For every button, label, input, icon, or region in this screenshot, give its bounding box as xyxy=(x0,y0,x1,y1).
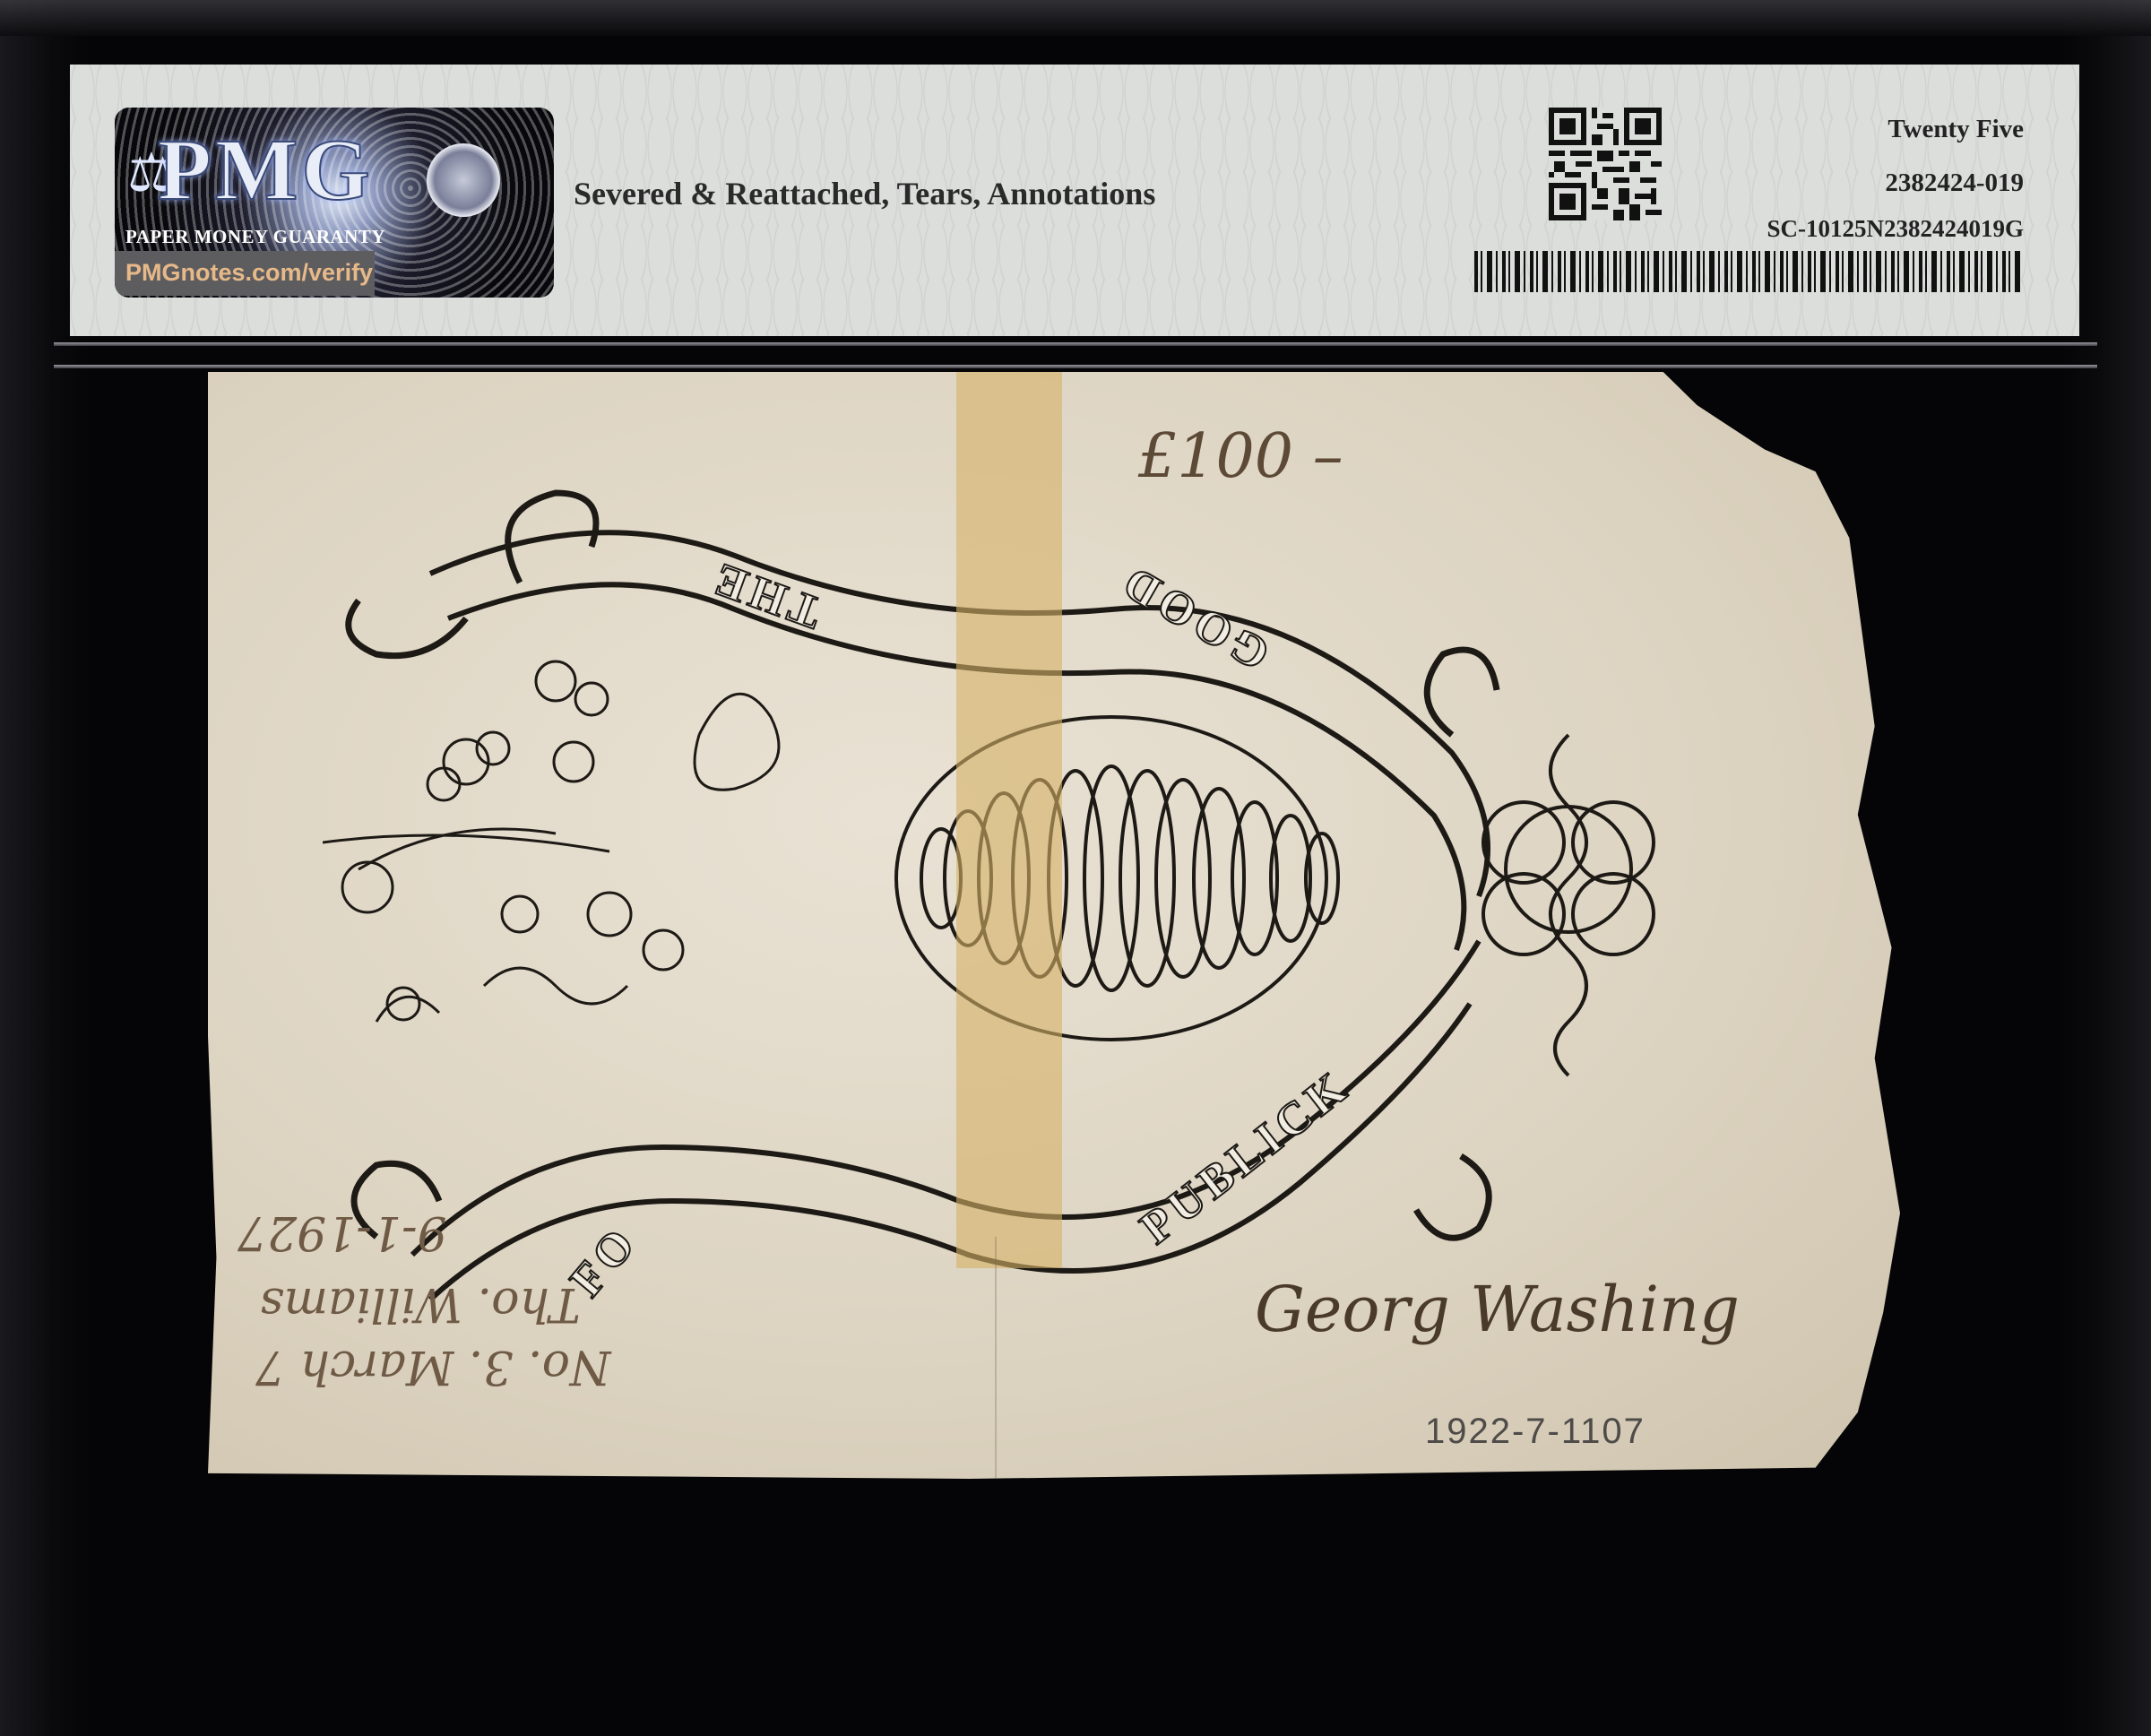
repair-tape xyxy=(956,372,1062,1268)
grade-text: Twenty Five xyxy=(1888,115,2024,144)
inverted-annotation-name: Tho. Williams xyxy=(260,1277,581,1331)
pmg-hologram: ⚖ PMG PAPER MONEY GUARANTY PMGnotes.com/… xyxy=(115,108,554,298)
label-comments: Severed & Reattached, Tears, Annotations xyxy=(574,175,1155,212)
pmg-logo: PMG xyxy=(158,120,374,220)
inverted-annotation-date: 9-1-1927 xyxy=(238,1205,447,1259)
handwritten-amount: £100 – xyxy=(1138,421,1343,492)
severed-seam xyxy=(995,1237,997,1479)
calligraphic-knot-icon xyxy=(1483,735,1654,1075)
qr-code-icon[interactable] xyxy=(1549,108,1662,220)
slab-rail-lower xyxy=(54,365,2097,368)
verify-url[interactable]: PMGnotes.com/verify xyxy=(125,259,373,287)
signature: Georg Washing xyxy=(1255,1273,1740,1346)
ribbon-word-good: GOOD xyxy=(1110,554,1278,680)
floral-spray-icon xyxy=(323,661,779,1022)
barcode-icon xyxy=(1474,251,2024,292)
verify-banner[interactable]: PMGnotes.com/verify xyxy=(115,251,375,296)
slab-rail-upper xyxy=(54,342,2097,346)
pmg-tagline: PAPER MONEY GUARANTY xyxy=(125,226,385,248)
hologram-seal-icon xyxy=(427,143,500,217)
pencil-inventory-number: 1922-7-1107 xyxy=(1425,1412,1646,1452)
catalog-code: SC-10125N2382424019G xyxy=(1767,215,2024,243)
ribbon-word-the: THE xyxy=(703,551,828,638)
cert-number: 2382424-019 xyxy=(1885,168,2024,198)
slab-top-edge xyxy=(0,0,2151,36)
inverted-annotation-number: No. 3. March 7 xyxy=(255,1340,610,1394)
